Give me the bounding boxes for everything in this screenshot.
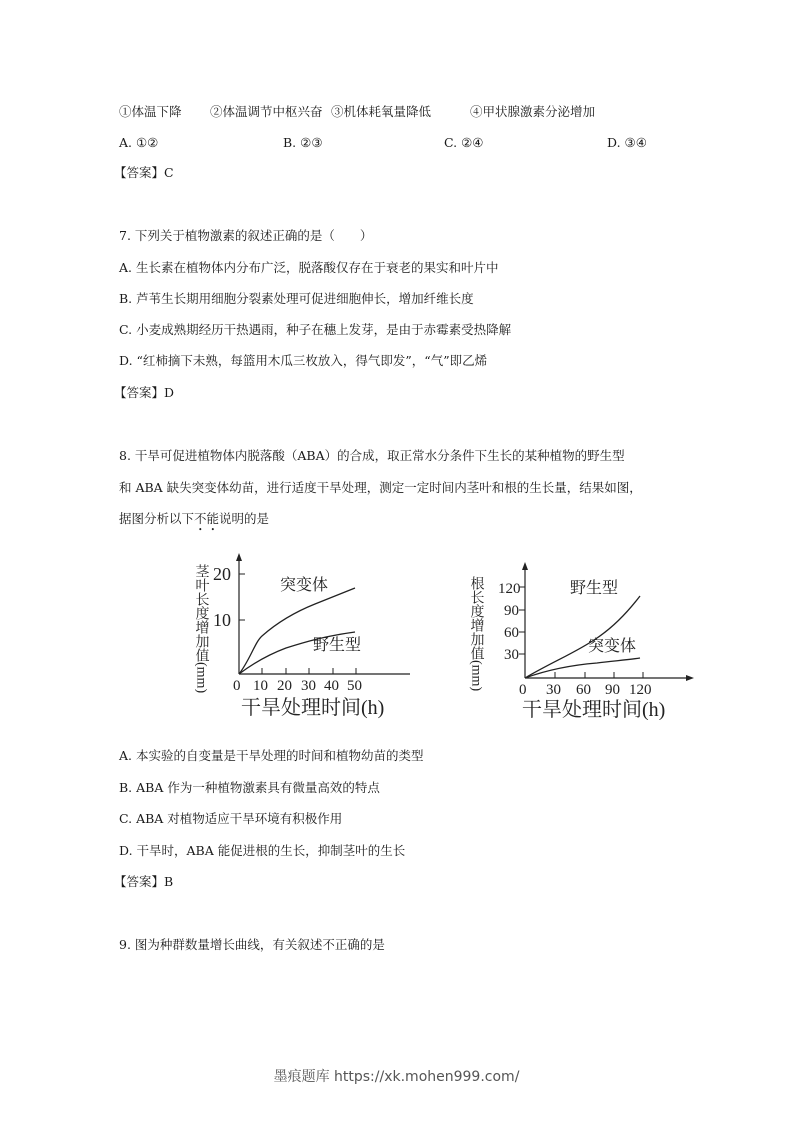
q6-statement-1: ①体温下降: [119, 104, 182, 120]
chart1-xtick-50: 50: [347, 678, 362, 694]
chart2-ytick-60: 60: [504, 625, 519, 641]
footer-watermark: 墨痕题库 https://xk.mohen999.com/: [0, 1066, 793, 1086]
chart2-y-arrow-icon: [522, 562, 528, 570]
q6-statement-4: ④甲状腺激素分泌增加: [470, 104, 595, 120]
chart1-legend-mutant: 突变体: [280, 576, 328, 594]
chart2-xtick-60: 60: [576, 682, 591, 698]
chart-root-growth: 根长度增加值(mm) 120 90 60 30 0 30 60 90 120 野…: [462, 550, 702, 720]
chart2-xticks: [555, 672, 643, 678]
chart1-xlabel: 干旱处理时间(h): [241, 696, 384, 719]
q8-emphasis-not: 不: [194, 511, 207, 526]
q8-stem-line-2: 和 ABA 缺失突变体幼苗，进行适度干旱处理，测定一定时间内茎叶和根的生长量，结…: [119, 480, 642, 496]
q7-option-a: A. 生长素在植物体内分布广泛，脱落酸仅存在于衰老的果实和叶片中: [119, 260, 498, 276]
chart1-xtick-20: 20: [277, 678, 292, 694]
chart1-ytick-label-20: 20: [213, 564, 231, 584]
chart2-yticks: [519, 587, 525, 654]
q6-option-d: D. ③④: [607, 135, 647, 151]
chart-stem-leaf-growth: 茎叶长度增加值(mm) 20 10 0 10 20 30 40 50 突变体 野…: [195, 550, 425, 720]
q7-option-b: B. 芦苇生长期用细胞分裂素处理可促进细胞伸长，增加纤维长度: [119, 291, 474, 307]
q6-option-a: A. ①②: [119, 135, 158, 151]
chart2-x-arrow-icon: [686, 675, 694, 681]
q8-option-d: D. 干旱时，ABA 能促进根的生长，抑制茎叶的生长: [119, 843, 405, 859]
chart1-xtick-40: 40: [324, 678, 339, 694]
chart1-legend-wildtype: 野生型: [313, 636, 361, 654]
q6-option-b: B. ②③: [283, 135, 323, 151]
chart2-xlabel: 干旱处理时间(h): [522, 698, 665, 720]
chart1-xtick-30: 30: [301, 678, 316, 694]
chart1-y-arrow-icon: [236, 553, 242, 561]
chart2-ylabel: 根长度增加值(mm): [469, 575, 485, 691]
q8-option-a: A. 本实验的自变量是干旱处理的时间和植物幼苗的类型: [119, 748, 423, 764]
chart2-xtick-0: 0: [519, 682, 527, 698]
q7-stem: 7. 下列关于植物激素的叙述正确的是（ ）: [119, 228, 372, 244]
chart2-ytick-120: 120: [498, 581, 521, 597]
chart1-xticks: [262, 668, 356, 674]
q7-option-d: D. “红柿摘下未熟，每篮用木瓜三枚放入，得气即发”，“气”即乙烯: [119, 353, 487, 369]
q6-statement-3: ③机体耗氧量降低: [331, 104, 431, 120]
q7-answer: 【答案】D: [114, 385, 174, 401]
q8-stem-line-1: 8. 干旱可促进植物体内脱落酸（ABA）的合成，取正常水分条件下生长的某种植物的…: [119, 448, 625, 464]
chart2-legend-mutant: 突变体: [588, 637, 636, 655]
chart2-xtick-30: 30: [546, 682, 561, 698]
chart1-xtick-10: 10: [253, 678, 268, 694]
q8-option-c: C. ABA 对植物适应干旱环境有积极作用: [119, 811, 342, 827]
chart2-legend-wildtype: 野生型: [570, 579, 618, 597]
q7-option-c: C. 小麦成熟期经历干热遇雨，种子在穗上发芽，是由于赤霉素受热降解: [119, 322, 511, 338]
chart1-ytick-label-10: 10: [213, 610, 231, 630]
q8-stem-line-3-post: 说明的是: [219, 511, 269, 526]
chart2-line-wildtype: [525, 596, 640, 678]
q6-statement-2: ②体温调节中枢兴奋: [210, 104, 323, 120]
chart1-xtick-0: 0: [233, 678, 241, 694]
chart1-ylabel: 茎叶长度增加值(mm): [195, 564, 210, 693]
q6-option-c: C. ②④: [444, 135, 483, 151]
q8-option-b: B. ABA 作为一种植物激素具有微量高效的特点: [119, 780, 380, 796]
q8-stem-line-3: 据图分析以下不能说明的是: [119, 511, 269, 527]
q9-stem: 9. 图为种群数量增长曲线，有关叙述不正确的是: [119, 937, 385, 953]
q8-stem-line-3-pre: 据图分析以下: [119, 511, 194, 526]
q8-answer: 【答案】B: [114, 874, 173, 890]
chart2-ytick-90: 90: [504, 603, 519, 619]
chart2-xtick-120: 120: [629, 682, 652, 698]
q8-emphasis-can: 能: [207, 511, 220, 526]
chart1-line-mutant: [239, 588, 355, 674]
chart2-xtick-90: 90: [605, 682, 620, 698]
q6-answer: 【答案】C: [114, 165, 174, 181]
chart2-ytick-30: 30: [504, 647, 519, 663]
